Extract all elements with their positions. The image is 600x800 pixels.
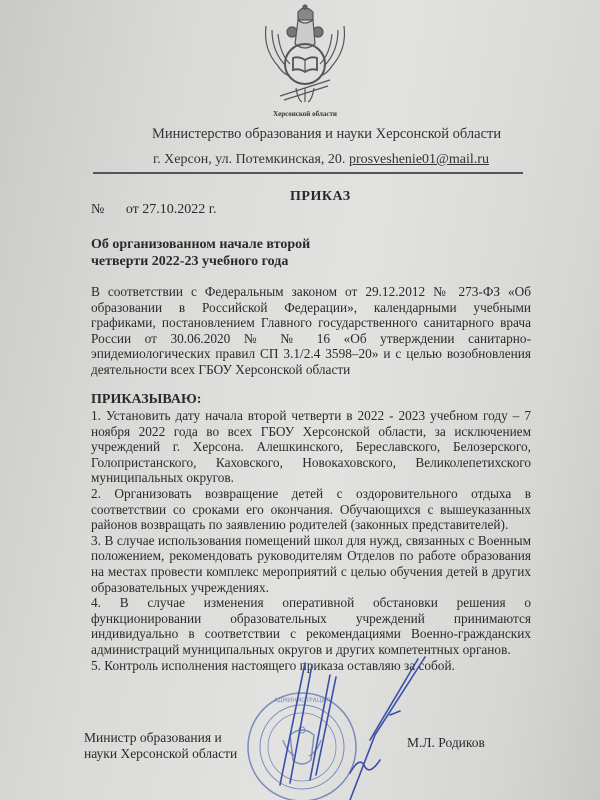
ministry-address: г. Херсон, ул. Потемкинская, 20. prosves… bbox=[153, 152, 489, 168]
street-address: г. Херсон, ул. Потемкинская, 20. bbox=[153, 152, 345, 167]
decree-item: 4. В случае изменения оперативной обстан… bbox=[91, 595, 531, 657]
decree-item: 1. Установить дату начала второй четверт… bbox=[91, 408, 531, 486]
signer-name: М.Л. Родиков bbox=[407, 735, 485, 751]
number-label: № bbox=[91, 202, 104, 217]
decree-item: 3. В случае использования помещений школ… bbox=[91, 533, 531, 595]
subject-line: четверти 2022-23 учебного года bbox=[91, 253, 351, 270]
decree-heading: ПРИКАЗЫВАЮ: bbox=[91, 392, 201, 408]
order-number-date: № от 27.10.2022 г. bbox=[91, 202, 216, 218]
order-subject: Об организованном начале второй четверти… bbox=[91, 236, 351, 270]
header-divider bbox=[93, 172, 523, 174]
signer-position: Министр образования и науки Херсонской о… bbox=[84, 730, 237, 762]
position-line: науки Херсонской области bbox=[84, 746, 237, 762]
position-line: Министр образования и bbox=[84, 730, 237, 746]
document-page: Херсонской области Министерство образова… bbox=[0, 0, 600, 800]
decree-items: 1. Установить дату начала второй четверт… bbox=[91, 408, 531, 673]
decree-item: 2. Организовать возвращение детей с оздо… bbox=[91, 486, 531, 533]
handwritten-signature-icon bbox=[250, 655, 430, 800]
email-link[interactable]: prosveshenie01@mail.ru bbox=[349, 152, 489, 167]
preamble-paragraph: В соответствии с Федеральным законом от … bbox=[91, 284, 531, 378]
order-date: от 27.10.2022 г. bbox=[126, 202, 217, 217]
subject-line: Об организованном начале второй bbox=[91, 236, 351, 253]
ministry-name: Министерство образования и науки Херсонс… bbox=[152, 126, 501, 143]
eagle-emblem-icon bbox=[258, 4, 353, 116]
document-title: ПРИКАЗ bbox=[290, 189, 351, 205]
emblem-caption: Херсонской области bbox=[250, 110, 360, 118]
